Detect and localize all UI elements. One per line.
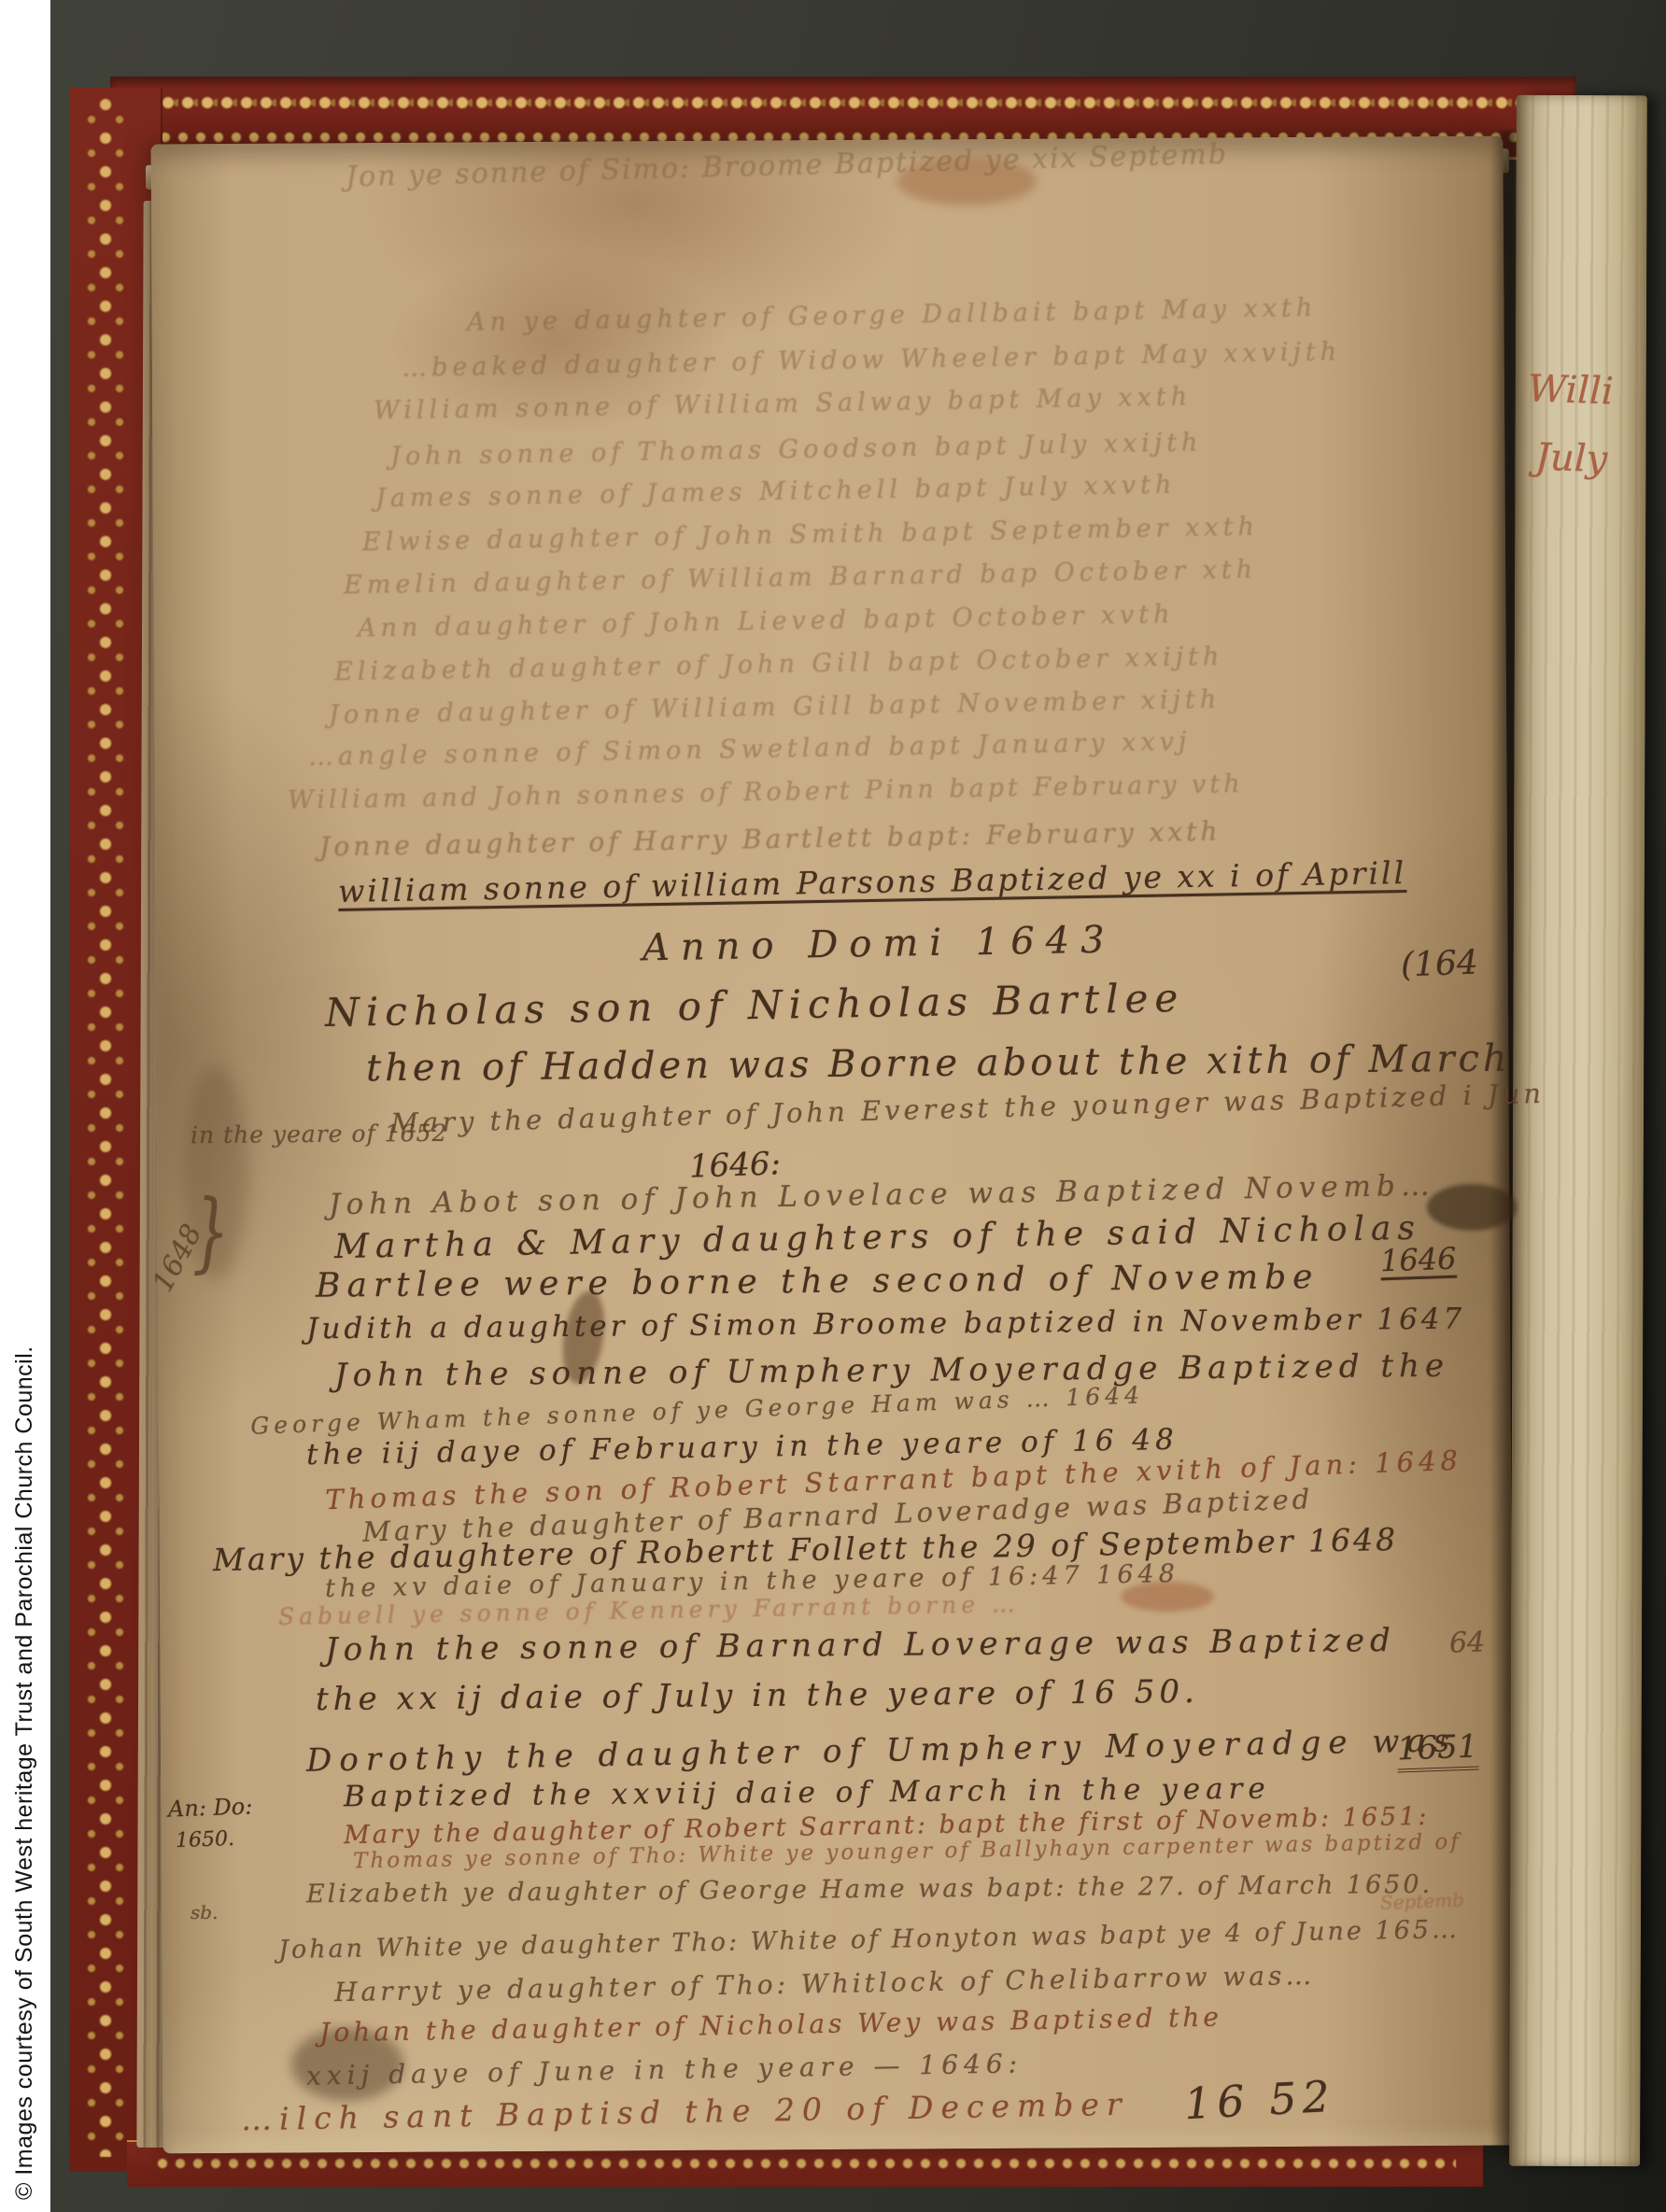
ink-scribble — [1427, 1184, 1517, 1231]
margin-note-year: 16 52 — [1183, 2071, 1336, 2129]
margin-mark: sb. — [191, 1901, 218, 1923]
manuscript-line: the xx ij daie of July in the yeare of 1… — [316, 1673, 1199, 1718]
margin-note-year: 1646 — [1379, 1241, 1457, 1279]
gold-tooling-chain — [139, 88, 1546, 118]
margin-note-year: 1650. — [176, 1827, 235, 1853]
scan-border-strip: © Images courtesy of South West heritage… — [0, 0, 50, 2212]
flyleaf-note: Willi — [1527, 367, 1614, 413]
gold-tooling-line — [154, 2151, 1456, 2176]
margin-note-month: Septemb — [1380, 1888, 1465, 1913]
manuscript-line: in the yeare of 1652 — [191, 1120, 448, 1148]
margin-note-anno: An: Do: — [168, 1793, 253, 1822]
margin-note-year: 64 — [1448, 1626, 1485, 1659]
margin-note-year: 1651 — [1396, 1728, 1478, 1773]
flyleaf-note: July — [1534, 436, 1608, 482]
gold-tooling-border — [78, 93, 133, 2157]
margin-brace: } — [192, 1180, 229, 1283]
image-credit-text: © Images courtesy of South West heritage… — [11, 1346, 38, 2200]
manuscript-line-anno-domini: Anno Domi 1643 — [642, 919, 1116, 970]
margin-note-year: (164 — [1400, 944, 1478, 985]
photographed-parish-register: Jon ye sonne of Simo: Broome Baptized ye… — [0, 0, 1666, 2212]
